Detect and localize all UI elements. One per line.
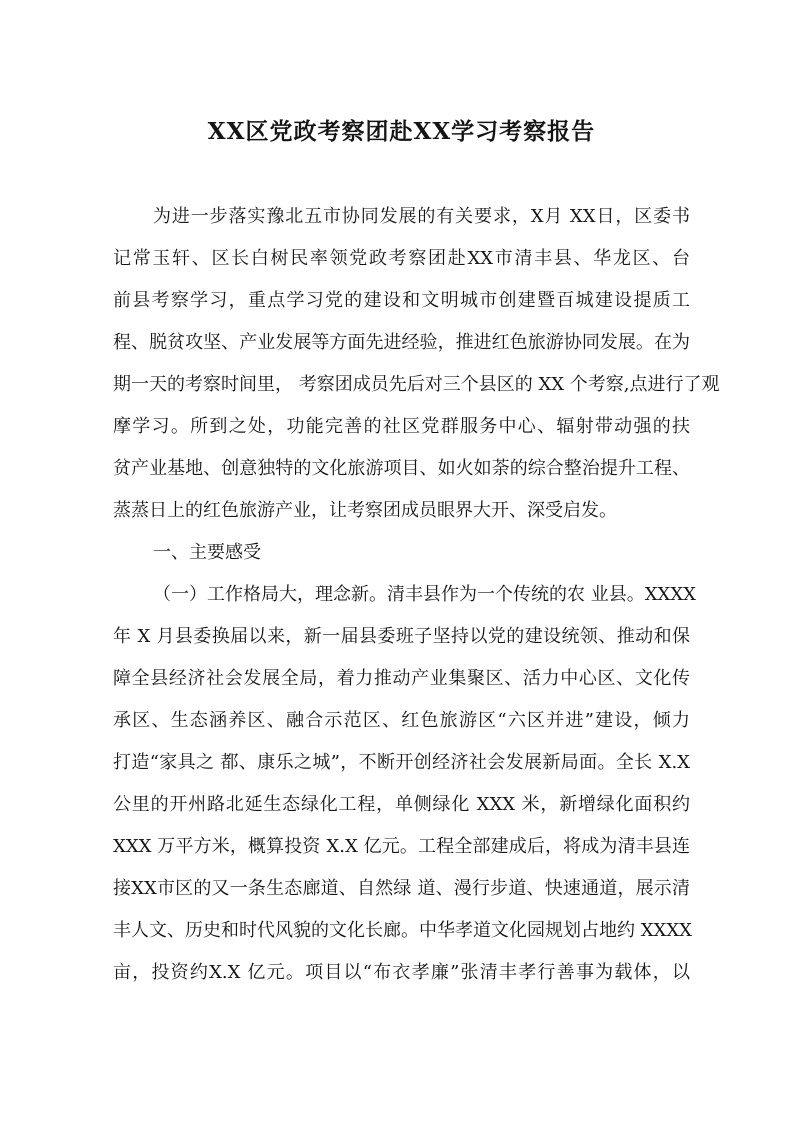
section-heading: 一、主要感受 [113, 532, 690, 574]
paragraph-2-line: 承区、生态涵养区、融合示范区、红色旅游区“六区并进”建设，倾力 [113, 700, 690, 742]
paragraph-1-line: 期一天的考察时间里， 考察团成员先后对三个县区的 XX 个考察,点进行了观 [113, 364, 690, 406]
paragraph-1-line: 前县考察学习，重点学习党的建设和文明城市创建暨百城建设提质工 [113, 280, 690, 322]
paragraph-2-line: 打造“家具之 都、康乐之城”，不断开创经济社会发展新局面。全长 X.X [113, 742, 690, 784]
paragraph-2-line: （一）工作格局大，理念新。清丰县作为一个传统的农 业县。XXXX [113, 574, 690, 616]
document-page: XX区党政考察团赴XX学习考察报告 为进一步落实豫北五市协同发展的有关要求，X月… [0, 0, 793, 1122]
document-title: XX区党政考察团赴XX学习考察报告 [113, 115, 690, 149]
paragraph-1-line: 为进一步落实豫北五市协同发展的有关要求，X月 XX日，区委书 [113, 196, 690, 238]
paragraph-2-line: 公里的开州路北延生态绿化工程，单侧绿化 XXX 米，新增绿化面积约 [113, 784, 690, 826]
paragraph-2-line: 亩，投资约X.X 亿元。项目以“布衣孝廉”张清丰孝行善事为载体，以 [113, 952, 690, 994]
paragraph-1-line: 程、脱贫攻坚、产业发展等方面先进经验，推进红色旅游协同发展。在为 [113, 322, 690, 364]
paragraph-2-line: 接XX市区的又一条生态廊道、自然绿 道、漫行步道、快速通道，展示清 [113, 868, 690, 910]
paragraph-1-line: 蒸蒸日上的红色旅游产业，让考察团成员眼界大开、深受启发。 [113, 490, 690, 532]
paragraph-2-line: 丰人文、历史和时代风貌的文化长廊。中华孝道文化园规划占地约 XXXX [113, 910, 690, 952]
paragraph-1-line: 摩学习。所到之处，功能完善的社区党群服务中心、辐射带动强的扶 [113, 406, 690, 448]
paragraph-2-line: XXX 万平方米，概算投资 X.X 亿元。工程全部建成后，将成为清丰县连 [113, 826, 690, 868]
paragraph-1-line: 记常玉轩、区长白树民率领党政考察团赴XX市清丰县、华龙区、台 [113, 238, 690, 280]
paragraph-2-line: 障全县经济社会发展全局，着力推动产业集聚区、活力中心区、文化传 [113, 658, 690, 700]
document-body: 为进一步落实豫北五市协同发展的有关要求，X月 XX日，区委书 记常玉轩、区长白树… [113, 196, 690, 994]
paragraph-1-line: 贫产业基地、创意独特的文化旅游项目、如火如荼的综合整治提升工程、 [113, 448, 690, 490]
paragraph-2-line: 年 X 月县委换届以来，新一届县委班子坚持以党的建设统领、推动和保 [113, 616, 690, 658]
